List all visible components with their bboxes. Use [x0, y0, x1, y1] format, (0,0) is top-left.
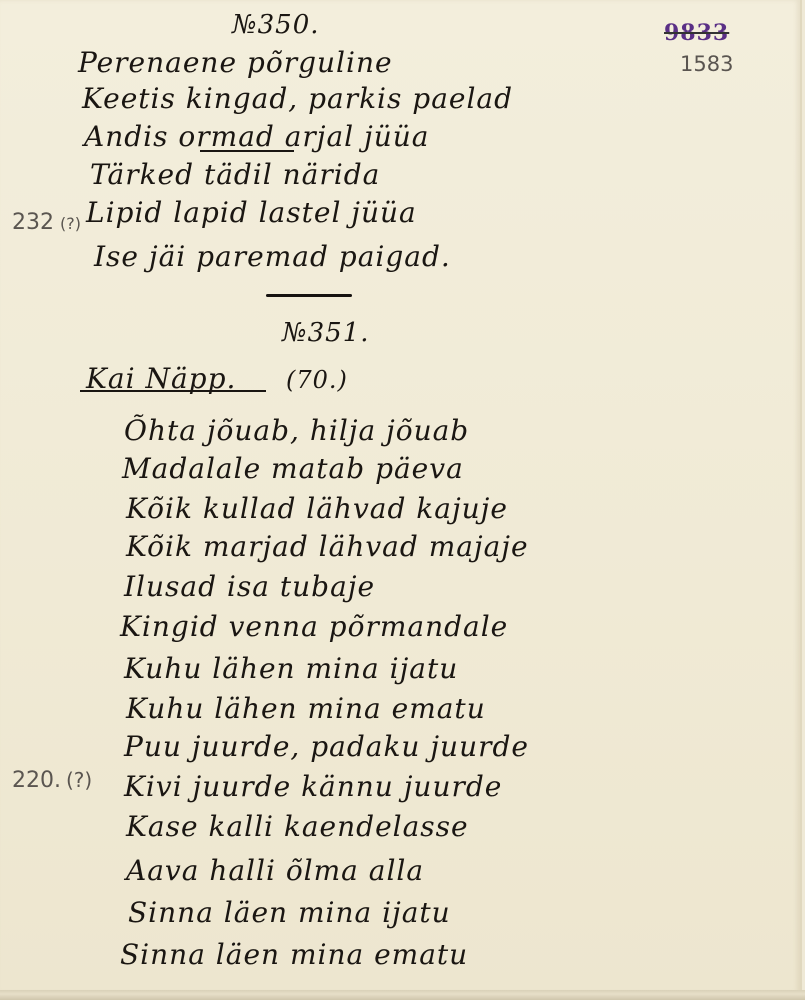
- poem-351-line-5: Ilusad isa tubaje: [124, 570, 375, 603]
- poem-350-line-2: Keetis kingad, parkis paelad: [82, 82, 513, 115]
- poem-351-title-note: (70.): [286, 366, 348, 394]
- poem-351-line-10: Kivi juurde kännu juurde: [124, 770, 502, 803]
- poem-351-line-13: Sinna läen mina ijatu: [128, 896, 451, 929]
- poem-351-line-8: Kuhu lähen mina ematu: [126, 692, 486, 725]
- archive-stamp-number: 9833: [664, 20, 729, 46]
- poem-351-line-9: Puu juurde, padaku juurde: [124, 730, 529, 763]
- poem-350-line-6: Ise jäi paremad paigad.: [94, 240, 451, 273]
- poem-350-line-4: Tärked tädil närida: [90, 158, 380, 191]
- title-underline: [80, 390, 266, 392]
- poem-351-line-6: Kingid venna põrmandale: [120, 610, 508, 643]
- poem-350-margin-query: (?): [60, 214, 81, 233]
- manuscript-page: 9833 1583 №350. Perenaene põrguline Keet…: [0, 0, 802, 993]
- poem-351-line-1: Õhta jõuab, hilja jõuab: [124, 414, 469, 447]
- poem-351-line-3: Kõik kullad lähvad kajuje: [126, 492, 508, 525]
- poem-350-line-1: Perenaene põrguline: [78, 46, 393, 79]
- poem-350-margin-number: 232: [12, 210, 54, 235]
- poem-351-line-2: Madalale matab päeva: [122, 452, 464, 485]
- section-divider: [266, 294, 352, 297]
- poem-351-line-11: Kase kalli kaendelasse: [126, 810, 469, 843]
- page-edge: [0, 990, 805, 1000]
- poem-351-line-4: Kõik marjad lähvad majaje: [126, 530, 529, 563]
- poem-351-margin-number: 220.: [12, 768, 61, 793]
- poem-351-line-14: Sinna läen mina ematu: [120, 938, 468, 971]
- poem-351-line-12: Aava halli õlma alla: [126, 854, 424, 887]
- underline-ormad: [200, 150, 294, 152]
- poem-351-line-7: Kuhu lähen mina ijatu: [124, 652, 458, 685]
- poem-350-number: №350.: [232, 10, 320, 40]
- poem-350-line-5: Lipid lapid lastel jüüa: [86, 196, 417, 229]
- poem-351-margin-query: (?): [66, 768, 92, 792]
- archive-pencil-number: 1583: [680, 52, 733, 76]
- poem-351-number: №351.: [282, 318, 370, 348]
- poem-350-line-3: Andis ormad arjal jüüa: [84, 120, 429, 153]
